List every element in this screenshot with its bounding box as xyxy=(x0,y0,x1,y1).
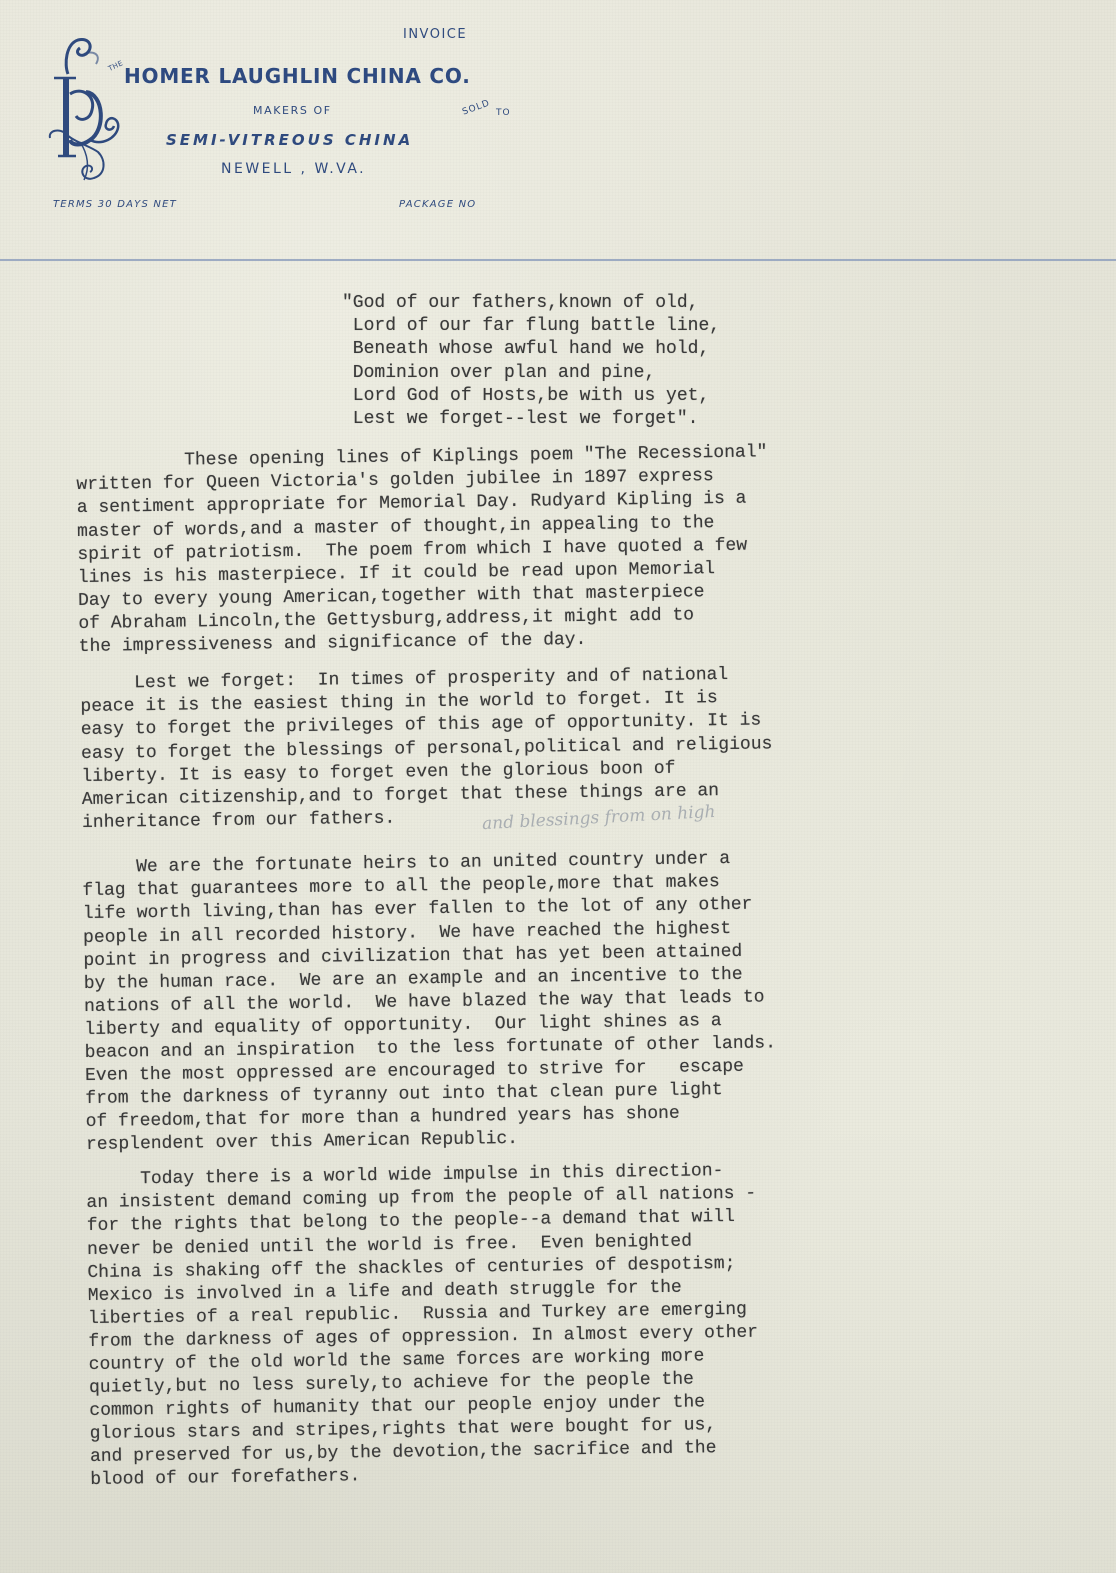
payment-terms: TERMS 30 DAYS NET xyxy=(53,199,177,210)
invoice-label: INVOICE xyxy=(403,27,467,42)
package-number-label: PACKAGE NO xyxy=(399,199,476,210)
paragraph-lest-we-forget: Lest we forget: In times of prosperity a… xyxy=(80,674,104,834)
text-line: blood of our forefathers. xyxy=(90,1466,360,1490)
poem-line: Beneath whose awful hand we hold, xyxy=(342,339,709,359)
hlc-monogram-icon xyxy=(46,34,128,186)
paragraph-fortunate-heirs: We are the fortunate heirs to an united … xyxy=(82,858,108,1138)
poem-line: "God of our fathers,known of old, xyxy=(342,293,698,313)
letterhead: INVOICE THE HOMER LAUGHLIN CHINA CO. MAK… xyxy=(0,0,1116,230)
makers-of-label: MAKERS OF xyxy=(253,104,332,117)
sold-label: SOLD xyxy=(461,98,491,117)
company-name: HOMER LAUGHLIN CHINA CO. xyxy=(124,64,471,88)
paragraph-world-wide-impulse: Today there is a world wide impulse in t… xyxy=(86,1170,112,1470)
product-line: SEMI-VITREOUS CHINA xyxy=(166,131,413,149)
poem-line: Lord God of Hosts,be with us yet, xyxy=(342,386,709,406)
letterhead-divider xyxy=(0,259,1116,261)
to-label: TO xyxy=(496,108,511,118)
poem-line: Dominion over plan and pine, xyxy=(342,363,655,383)
paragraph-kipling: These opening lines of Kiplings poem "Th… xyxy=(76,452,100,652)
poem-quote: "God of our fathers,known of old, Lord o… xyxy=(342,293,364,433)
poem-line: Lest we forget--lest we forget". xyxy=(342,409,698,429)
company-location: NEWELL , W.VA. xyxy=(221,161,366,177)
poem-line: Lord of our far flung battle line, xyxy=(342,316,720,336)
